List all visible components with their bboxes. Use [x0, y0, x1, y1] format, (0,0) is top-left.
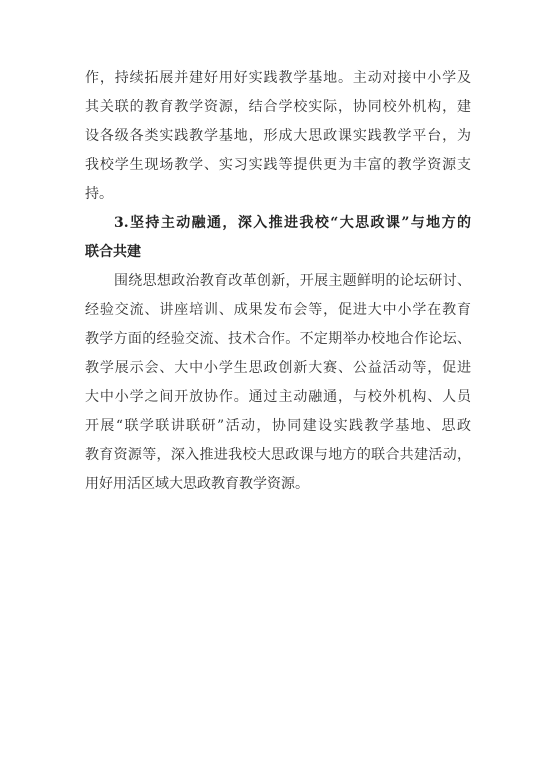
- text-line: 作，持续拓展并建好用好实践教学基地。主动对接中小学及: [85, 64, 471, 93]
- text-line: 教学展示会、大中小学生思政创新大赛、公益活动等，促进: [85, 354, 471, 383]
- paragraph-continuation: 作，持续拓展并建好用好实践教学基地。主动对接中小学及 其关联的教育教学资源，结合…: [85, 64, 471, 209]
- paragraph-body: 围绕思想政治教育改革创新，开展主题鲜明的论坛研讨、 经验交流、讲座培训、成果发布…: [85, 267, 471, 499]
- text-line: 围绕思想政治教育改革创新，开展主题鲜明的论坛研讨、: [85, 267, 471, 296]
- text-column: 作，持续拓展并建好用好实践教学基地。主动对接中小学及 其关联的教育教学资源，结合…: [85, 64, 471, 499]
- text-line: 设各级各类实践教学基地，形成大思政课实践教学平台，为: [85, 122, 471, 151]
- text-line: 用好用活区域大思政教育教学资源。: [85, 470, 471, 499]
- document-page: 作，持续拓展并建好用好实践教学基地。主动对接中小学及 其关联的教育教学资源，结合…: [0, 0, 554, 783]
- text-line: 教育资源等，深入推进我校大思政课与地方的联合共建活动，: [85, 441, 471, 470]
- text-line: 持。: [85, 180, 471, 209]
- heading-line: 联合共建: [85, 238, 471, 267]
- text-line: 开展“联学联讲联研”活动，协同建设实践教学基地、思政: [85, 412, 471, 441]
- text-line: 其关联的教育教学资源，结合学校实际，协同校外机构，建: [85, 93, 471, 122]
- text-line: 我校学生现场教学、实习实践等提供更为丰富的教学资源支: [85, 151, 471, 180]
- text-line: 经验交流、讲座培训、成果发布会等，促进大中小学在教育: [85, 296, 471, 325]
- text-line: 教学方面的经验交流、技术合作。不定期举办校地合作论坛、: [85, 325, 471, 354]
- text-line: 大中小学之间开放协作。通过主动融通，与校外机构、人员: [85, 383, 471, 412]
- section-heading: 3.坚持主动融通，深入推进我校“大思政课”与地方的 联合共建: [85, 209, 471, 267]
- heading-line: 3.坚持主动融通，深入推进我校“大思政课”与地方的: [85, 209, 471, 238]
